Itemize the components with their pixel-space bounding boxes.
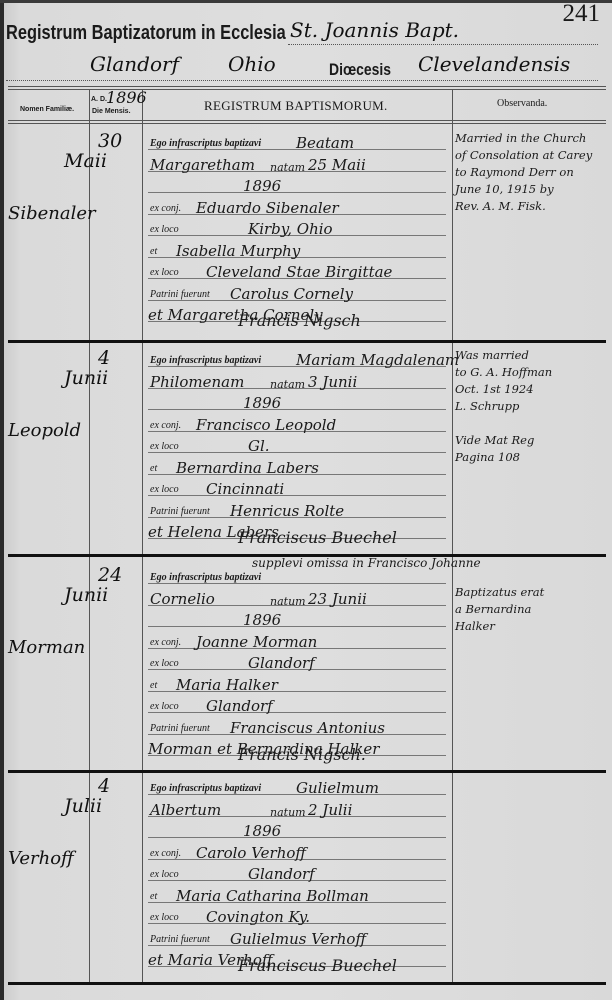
field-mother: Maria Halker — [176, 676, 278, 694]
field-father: Carolo Verhoff — [196, 844, 306, 862]
printed-label: Ego infrascriptus baptizavi — [150, 572, 261, 583]
field-godparents-1: Carolus Cornely — [230, 285, 353, 303]
baptism-month: Junii — [64, 584, 108, 606]
register-line: ex conj.Joanne Morman — [148, 631, 446, 651]
field-baptized-name-1: Gulielmum — [296, 779, 379, 797]
register-line: Patrini fueruntCarolus Cornely — [148, 283, 446, 303]
printed-label: ex conj. — [150, 203, 181, 214]
family-name: Verhoff — [8, 848, 74, 869]
priest-signature: Franciscus Buechel — [238, 528, 397, 547]
dioecesis-label: Diœcesis — [329, 60, 391, 80]
field-baptized-name-2: Philomenam — [150, 373, 244, 391]
printed-label: Ego infrascriptus baptizavi — [150, 138, 261, 149]
field-baptized-name-2: Albertum — [150, 801, 221, 819]
observanda-note: Baptizatus erata BernardinaHalker — [455, 584, 607, 635]
header-nomen-familiae: Nomen Familiæ. — [20, 106, 74, 113]
field-birth-year: 1896 — [243, 822, 281, 840]
printed-label: et — [150, 463, 157, 474]
register-line: ex locoGlandorf — [148, 695, 446, 715]
priest-signature: Francis Nigsch — [238, 311, 361, 330]
field-father: Eduardo Sibenaler — [196, 199, 339, 217]
register-line: ex locoGl. — [148, 435, 446, 455]
printed-label: et — [150, 891, 157, 902]
observanda-line: of Consolation at Carey — [455, 147, 607, 164]
field-godparents-1: Franciscus Antonius — [230, 719, 385, 737]
entry-separator — [8, 770, 606, 773]
register-line: ex locoGlandorf — [148, 863, 446, 883]
priest-signature: Franciscus Buechel — [238, 956, 397, 975]
register-line: Margarethamnatam25 Maii — [148, 154, 446, 174]
family-name: Leopold — [8, 420, 81, 441]
field-father-place: Glandorf — [248, 654, 315, 672]
observanda-line: a Bernardina — [455, 601, 607, 618]
town: Glandorf — [90, 52, 179, 76]
field-birth-date: 25 Maii — [308, 156, 366, 174]
register-line: ex locoGlandorf — [148, 652, 446, 672]
field-birth-year: 1896 — [243, 611, 281, 629]
family-name: Morman — [8, 637, 85, 658]
entry-separator — [8, 982, 606, 985]
field-natum-label: natam — [270, 161, 305, 174]
field-father-place: Glandorf — [248, 865, 315, 883]
observanda-line: to Raymond Derr on — [455, 164, 607, 181]
observanda-note: Married in the Churchof Consolation at C… — [455, 130, 607, 215]
church-name: St. Joannis Bapt. — [290, 18, 459, 42]
register-line: 1896 — [148, 392, 446, 412]
field-mother-place: Glandorf — [206, 697, 273, 715]
register-line: ex conj.Carolo Verhoff — [148, 842, 446, 862]
register-line: Cornelionatum23 Junii — [148, 588, 446, 608]
field-baptized-name-1: Mariam Magdalenam — [296, 351, 459, 369]
column-divider — [142, 89, 143, 985]
printed-label: ex conj. — [150, 637, 181, 648]
header-rule-top — [8, 86, 606, 87]
priest-signature: Francis Nigsch. — [238, 745, 366, 764]
field-birth-year: 1896 — [243, 394, 281, 412]
register-line: ex conj.Eduardo Sibenaler — [148, 197, 446, 217]
printed-label: ex conj. — [150, 848, 181, 859]
observanda-line: to G. A. Hoffman — [455, 364, 607, 381]
field-mother: Isabella Murphy — [176, 242, 300, 260]
printed-label: Patrini fuerunt — [150, 289, 210, 300]
printed-label: ex loco — [150, 267, 179, 278]
field-godparents-1: Henricus Rolte — [230, 502, 344, 520]
register-line: 1896 — [148, 175, 446, 195]
field-father-place: Gl. — [248, 437, 270, 455]
field-natum-label: natum — [270, 595, 306, 608]
observanda-line: Rev. A. M. Fisk. — [455, 198, 607, 215]
printed-label: ex conj. — [150, 420, 181, 431]
field-mother-place: Cincinnati — [206, 480, 284, 498]
register-line: etMaria Catharina Bollman — [148, 885, 446, 905]
observanda-note: Was marriedto G. A. HoffmanOct. 1st 1924… — [455, 347, 607, 466]
register-line: ex conj.Francisco Leopold — [148, 414, 446, 434]
register-line: 1896 — [148, 609, 446, 629]
place-line: Glandorf Ohio Diœcesis Clevelandensis — [6, 52, 606, 82]
state: Ohio — [228, 52, 276, 76]
printed-label: ex loco — [150, 658, 179, 669]
register-line: ex locoCovington Ky. — [148, 906, 446, 926]
printed-label: et — [150, 680, 157, 691]
margin-annotation: supplevi omissa in Francisco Johanne — [252, 556, 481, 570]
register-line: Patrini fueruntFranciscus Antonius — [148, 717, 446, 737]
printed-label: Patrini fuerunt — [150, 723, 210, 734]
register-line: Patrini fueruntHenricus Rolte — [148, 500, 446, 520]
register-title: Registrum Baptizatorum in Ecclesia St. J… — [6, 18, 606, 44]
printed-label: Ego infrascriptus baptizavi — [150, 355, 261, 366]
header-rule-bottom — [8, 120, 606, 121]
register-line: Philomenamnatam3 Junii — [148, 371, 446, 391]
family-name: Sibenaler — [8, 203, 96, 224]
field-natum-label: natum — [270, 806, 306, 819]
baptism-month: Julii — [64, 795, 102, 817]
title-printed: Registrum Baptizatorum in Ecclesia — [6, 22, 286, 45]
baptism-month: Maii — [64, 150, 107, 172]
printed-label: ex loco — [150, 224, 179, 235]
register-line: etBernardina Labers — [148, 457, 446, 477]
observanda-line: Halker — [455, 618, 607, 635]
register-line: Ego infrascriptus baptizaviBeatam — [148, 132, 446, 152]
field-mother-place: Cleveland Stae Birgittae — [206, 263, 392, 281]
field-baptized-name-1: Beatam — [296, 134, 354, 152]
printed-label: ex loco — [150, 912, 179, 923]
field-birth-date: 3 Junii — [308, 373, 357, 391]
header-observanda: Observanda. — [497, 98, 547, 109]
field-mother: Bernardina Labers — [176, 459, 319, 477]
observanda-line: Married in the Church — [455, 130, 607, 147]
register-line: ex locoCleveland Stae Birgittae — [148, 261, 446, 281]
baptism-day: 4 — [98, 347, 110, 369]
observanda-line: Vide Mat Reg — [455, 432, 607, 449]
header-year: 1896 — [106, 88, 147, 107]
printed-label: ex loco — [150, 701, 179, 712]
baptism-day: 4 — [98, 775, 110, 797]
field-baptized-name-2: Cornelio — [150, 590, 215, 608]
printed-label: ex loco — [150, 484, 179, 495]
baptism-day: 24 — [98, 564, 122, 586]
register-line: Albertumnatum2 Julii — [148, 799, 446, 819]
column-divider — [452, 89, 453, 985]
field-birth-date: 23 Junii — [308, 590, 367, 608]
dioecesis-name: Clevelandensis — [418, 52, 570, 76]
page-top-edge — [0, 0, 612, 3]
register-line: Patrini fueruntGulielmus Verhoff — [148, 928, 446, 948]
field-natum-label: natam — [270, 378, 305, 391]
entry-separator — [8, 340, 606, 343]
field-mother-place: Covington Ky. — [206, 908, 310, 926]
observanda-line: Baptizatus erat — [455, 584, 607, 601]
header-ad: A. D. — [91, 96, 107, 103]
observanda-line: L. Schrupp — [455, 398, 607, 415]
observanda-line: Was married — [455, 347, 607, 364]
field-baptized-name-1 — [296, 568, 301, 586]
field-godparents-1: Gulielmus Verhoff — [230, 930, 366, 948]
printed-label: et — [150, 246, 157, 257]
register-line: ex locoKirby, Ohio — [148, 218, 446, 238]
printed-label: Patrini fuerunt — [150, 934, 210, 945]
observanda-line: June 10, 1915 by — [455, 181, 607, 198]
register-line: etMaria Halker — [148, 674, 446, 694]
header-die-mensis: Die Mensis. — [92, 108, 131, 115]
register-line: Ego infrascriptus baptizaviGulielmum — [148, 777, 446, 797]
register-line: Ego infrascriptus baptizaviMariam Magdal… — [148, 349, 446, 369]
page-binding-edge — [0, 0, 4, 1000]
header-registrum: REGISTRUM BAPTISMORUM. — [204, 98, 388, 114]
baptism-month: Junii — [64, 367, 108, 389]
register-line: etIsabella Murphy — [148, 240, 446, 260]
printed-label: Ego infrascriptus baptizavi — [150, 783, 261, 794]
printed-label: ex loco — [150, 441, 179, 452]
field-father: Joanne Morman — [196, 633, 317, 651]
observanda-line: Pagina 108 — [455, 449, 607, 466]
printed-label: ex loco — [150, 869, 179, 880]
register-line: 1896 — [148, 820, 446, 840]
observanda-line: Oct. 1st 1924 — [455, 381, 607, 398]
field-birth-year: 1896 — [243, 177, 281, 195]
field-mother: Maria Catharina Bollman — [176, 887, 369, 905]
printed-label: Patrini fuerunt — [150, 506, 210, 517]
field-birth-date: 2 Julii — [308, 801, 352, 819]
field-father: Francisco Leopold — [196, 416, 336, 434]
field-father-place: Kirby, Ohio — [248, 220, 333, 238]
register-page: 241 Registrum Baptizatorum in Ecclesia S… — [0, 0, 612, 1000]
observanda-line — [455, 415, 607, 432]
field-baptized-name-2: Margaretham — [150, 156, 255, 174]
baptism-day: 30 — [98, 130, 122, 152]
register-line: ex locoCincinnati — [148, 478, 446, 498]
